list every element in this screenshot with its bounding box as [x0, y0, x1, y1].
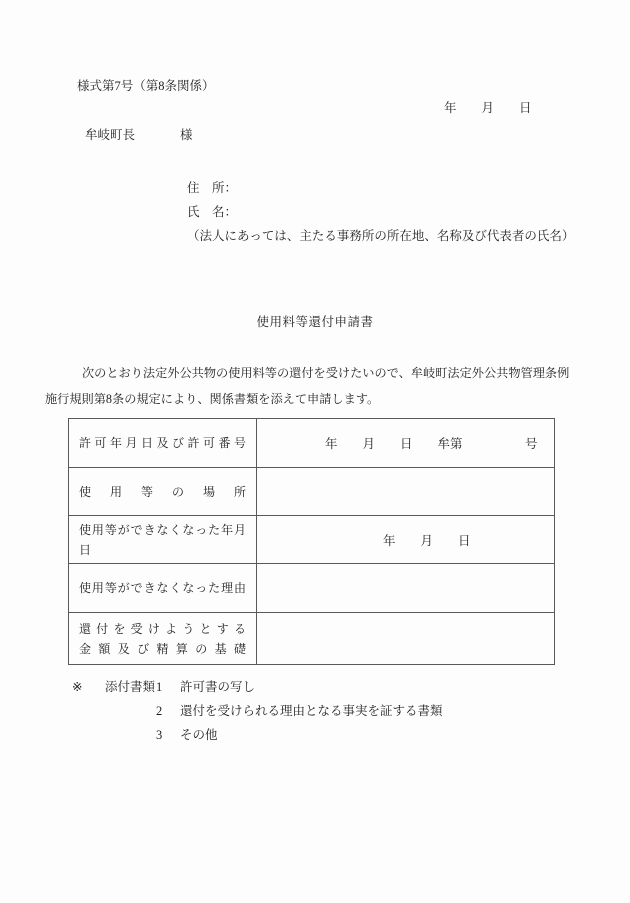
application-table: 許可年月日及び許可番号 年 月 日 牟第 号 使用等の場所 使用等ができなくなっ… [68, 418, 555, 665]
row-label-cell: 使用等ができなくなった理由 [69, 564, 257, 613]
attachment-number: 2 [156, 704, 180, 718]
attachment-item: 3その他 [156, 728, 218, 742]
row-label: 使用等の場所 [79, 482, 246, 502]
table-row-reason-unusable: 使用等ができなくなった理由 [69, 564, 555, 613]
addressee-line: 牟岐町長様 [85, 128, 193, 142]
row-value-cell: 年 月 日 牟第 号 [257, 419, 555, 468]
address-label: 住 所： [187, 176, 574, 200]
row-value-cell [257, 564, 555, 613]
table-row-permission-number: 許可年月日及び許可番号 年 月 日 牟第 号 [69, 419, 555, 468]
corporate-note: （法人にあっては、主たる事務所の所在地、名称及び代表者の氏名） [187, 224, 574, 248]
row-label-cell: 許可年月日及び許可番号 [69, 419, 257, 468]
row-label-line-2: 金額及び精算の基礎 [79, 639, 246, 659]
row-label: 使用等ができなくなった年月日 [79, 520, 246, 560]
attachment-item: 2還付を受けられる理由となる事実を証する書類 [156, 704, 443, 718]
addressee-title: 牟岐町長 [85, 128, 135, 142]
row-label-line-1: 還付を受けようとする [79, 619, 246, 639]
table-row-refund-amount: 還付を受けようとする 金額及び精算の基礎 [69, 613, 555, 665]
row-value-cell [257, 468, 555, 516]
attachment-number: 1 [156, 680, 180, 694]
body-line-2: 施行規則第8条の規定により、関係書類を添えて申請します。 [45, 386, 585, 412]
row-value-cell: 年 月 日 [257, 516, 555, 564]
date-line: 年 月 日 [444, 101, 532, 115]
row-label-cell: 使用等ができなくなった年月日 [69, 516, 257, 564]
row-label: 許可年月日及び許可番号 [79, 433, 246, 453]
attachment-text: 許可書の写し [180, 680, 255, 694]
attachments-marker: ※ [72, 680, 82, 694]
applicant-block: 住 所： 氏 名： （法人にあっては、主たる事務所の所在地、名称及び代表者の氏名… [187, 176, 574, 248]
attachment-number: 3 [156, 728, 180, 742]
attachment-item: 1許可書の写し [156, 680, 255, 694]
row-value-cell [257, 613, 555, 665]
form-number: 様式第7号（第8条関係） [77, 79, 215, 93]
document-page: 様式第7号（第8条関係） 年 月 日 牟岐町長様 住 所： 氏 名： （法人にあ… [0, 0, 630, 903]
row-label: 使用等ができなくなった理由 [79, 578, 246, 598]
document-title: 使用料等還付申請書 [0, 315, 630, 329]
attachments-heading: 添付書類 [105, 680, 155, 694]
row-label-cell: 還付を受けようとする 金額及び精算の基礎 [69, 613, 257, 665]
table-row-place-of-use: 使用等の場所 [69, 468, 555, 516]
row-label-cell: 使用等の場所 [69, 468, 257, 516]
addressee-honorific: 様 [180, 128, 193, 142]
name-label: 氏 名： [187, 200, 574, 224]
body-paragraph: 次のとおり法定外公共物の使用料等の還付を受けたいので、牟岐町法定外公共物管理条例… [45, 360, 585, 412]
body-line-1: 次のとおり法定外公共物の使用料等の還付を受けたいので、牟岐町法定外公共物管理条例 [45, 360, 585, 386]
attachment-text: その他 [180, 728, 218, 742]
attachment-text: 還付を受けられる理由となる事実を証する書類 [180, 704, 443, 718]
table-row-date-unusable: 使用等ができなくなった年月日 年 月 日 [69, 516, 555, 564]
